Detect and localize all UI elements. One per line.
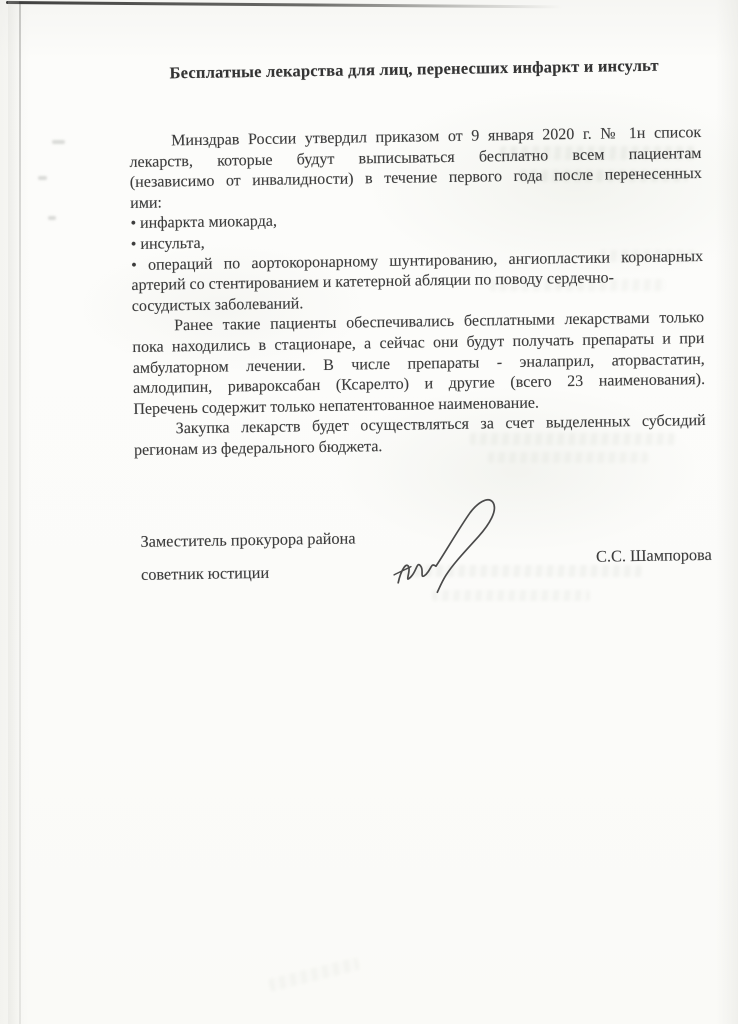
scan-top-edge-line (6, 1, 562, 8)
bleedthrough-mark (52, 140, 65, 144)
scan-left-edge-line (19, 4, 21, 1024)
document-content: Бесплатные лекарства для лиц, перенесших… (128, 55, 709, 613)
document-title: Бесплатные лекарства для лиц, перенесших… (128, 55, 700, 84)
document-body: Минздрав России утвердил приказом от 9 я… (129, 123, 706, 461)
signatory-position-line2: советник юстиции (141, 562, 269, 584)
scanned-page: Бесплатные лекарства для лиц, перенесших… (0, 0, 738, 1024)
signatory-name: С.С. Шампорова (596, 544, 712, 566)
signature-block: Заместитель прокурора района советник юс… (135, 484, 709, 613)
bleedthrough-mark (38, 176, 47, 180)
bleedthrough-mark (48, 216, 56, 220)
scan-left-edge-shadow (8, 0, 19, 1024)
bleedthrough-smudge (268, 957, 360, 992)
signatory-position-line1: Заместитель прокурора района (140, 528, 355, 551)
handwritten-signature-icon (391, 496, 505, 598)
